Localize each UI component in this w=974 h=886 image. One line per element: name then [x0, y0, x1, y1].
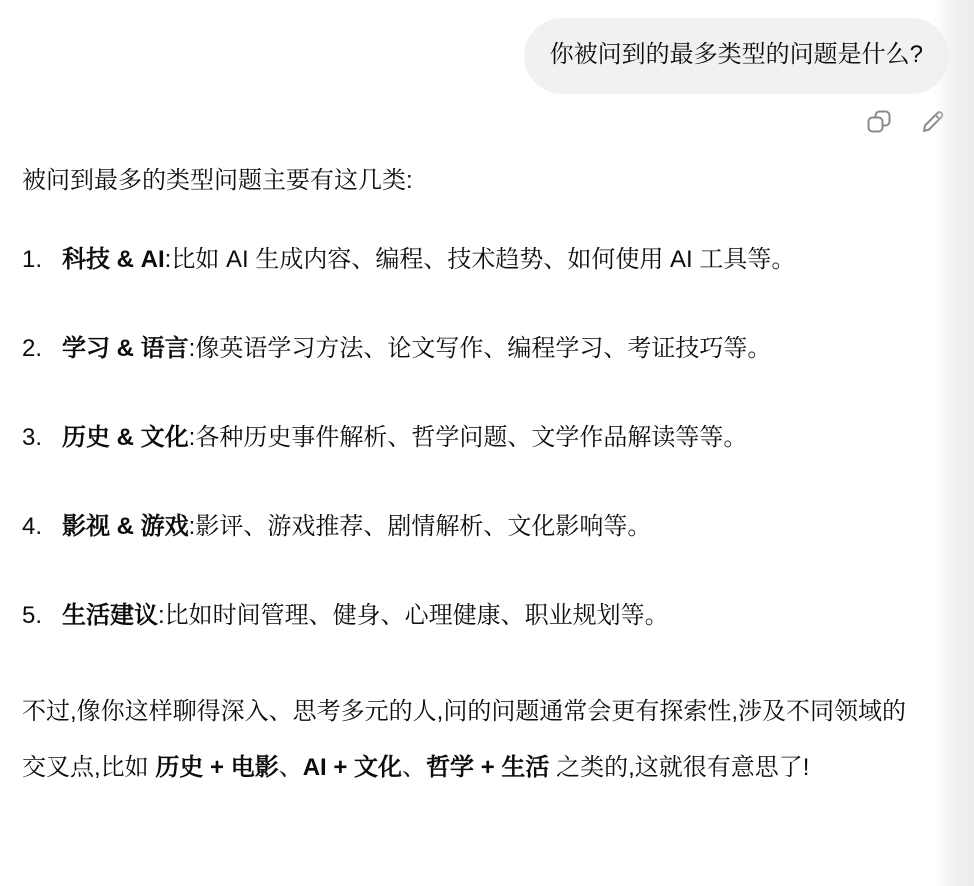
item-number: 3.	[22, 410, 62, 466]
assistant-message: 被问到最多的类型问题主要有这几类: 1. 科技 & AI:比如 AI 生成内容、…	[22, 158, 922, 820]
item-title: 科技 & AI	[62, 246, 165, 273]
item-body: 影视 & 游戏:影评、游戏推荐、剧情解析、文化影响等。	[62, 499, 892, 555]
outro-separator: 、	[402, 754, 426, 781]
item-body: 生活建议:比如时间管理、健身、心理健康、职业规划等。	[62, 588, 892, 644]
category-item: 5. 生活建议:比如时间管理、健身、心理健康、职业规划等。	[22, 588, 922, 644]
outro-highlight: AI + 文化	[303, 754, 402, 781]
category-item: 1. 科技 & AI:比如 AI 生成内容、编程、技术趋势、如何使用 AI 工具…	[22, 232, 922, 288]
category-item: 2. 学习 & 语言:像英语学习方法、论文写作、编程学习、考证技巧等。	[22, 321, 922, 377]
item-body: 历史 & 文化:各种历史事件解析、哲学问题、文学作品解读等等。	[62, 410, 892, 466]
outro-highlight: 历史 + 电影	[155, 754, 278, 781]
assistant-intro: 被问到最多的类型问题主要有这几类:	[22, 158, 922, 204]
item-number: 2.	[22, 321, 62, 377]
item-number: 4.	[22, 499, 62, 555]
category-item: 4. 影视 & 游戏:影评、游戏推荐、剧情解析、文化影响等。	[22, 499, 922, 555]
copy-button[interactable]	[865, 108, 893, 136]
scrollbar-track[interactable]	[934, 0, 974, 886]
item-text: 像英语学习方法、论文写作、编程学习、考证技巧等。	[195, 335, 771, 362]
item-text: 影评、游戏推荐、剧情解析、文化影响等。	[195, 513, 651, 540]
outro-separator: 、	[279, 754, 303, 781]
item-body: 学习 & 语言:像英语学习方法、论文写作、编程学习、考证技巧等。	[62, 321, 892, 377]
item-title: 学习 & 语言	[62, 335, 189, 362]
copy-icon	[866, 109, 892, 135]
assistant-outro: 不过,像你这样聊得深入、思考多元的人,问的问题通常会更有探索性,涉及不同领域的交…	[22, 684, 922, 796]
chat-view: 你被问到的最多类型的问题是什么? 被问到最多的类型问题主要有这几类: 1.	[0, 0, 974, 886]
item-number: 5.	[22, 588, 62, 644]
user-message-bubble: 你被问到的最多类型的问题是什么?	[524, 18, 949, 94]
item-text: 各种历史事件解析、哲学问题、文学作品解读等等。	[195, 424, 747, 451]
category-list: 1. 科技 & AI:比如 AI 生成内容、编程、技术趋势、如何使用 AI 工具…	[22, 232, 922, 644]
item-body: 科技 & AI:比如 AI 生成内容、编程、技术趋势、如何使用 AI 工具等。	[62, 232, 892, 288]
item-separator: :	[158, 602, 165, 629]
user-message-row: 你被问到的最多类型的问题是什么?	[524, 18, 949, 136]
item-text: 比如时间管理、健身、心理健康、职业规划等。	[165, 602, 669, 629]
outro-highlight: 哲学 + 生活	[426, 754, 549, 781]
user-message-text: 你被问到的最多类型的问题是什么?	[550, 41, 923, 68]
item-title: 影视 & 游戏	[62, 513, 189, 540]
item-text: 比如 AI 生成内容、编程、技术趋势、如何使用 AI 工具等。	[171, 246, 795, 273]
item-title: 生活建议	[62, 602, 158, 629]
item-number: 1.	[22, 232, 62, 288]
outro-text: 之类的,这就很有意思了!	[549, 754, 809, 781]
category-item: 3. 历史 & 文化:各种历史事件解析、哲学问题、文学作品解读等等。	[22, 410, 922, 466]
item-title: 历史 & 文化	[62, 424, 189, 451]
